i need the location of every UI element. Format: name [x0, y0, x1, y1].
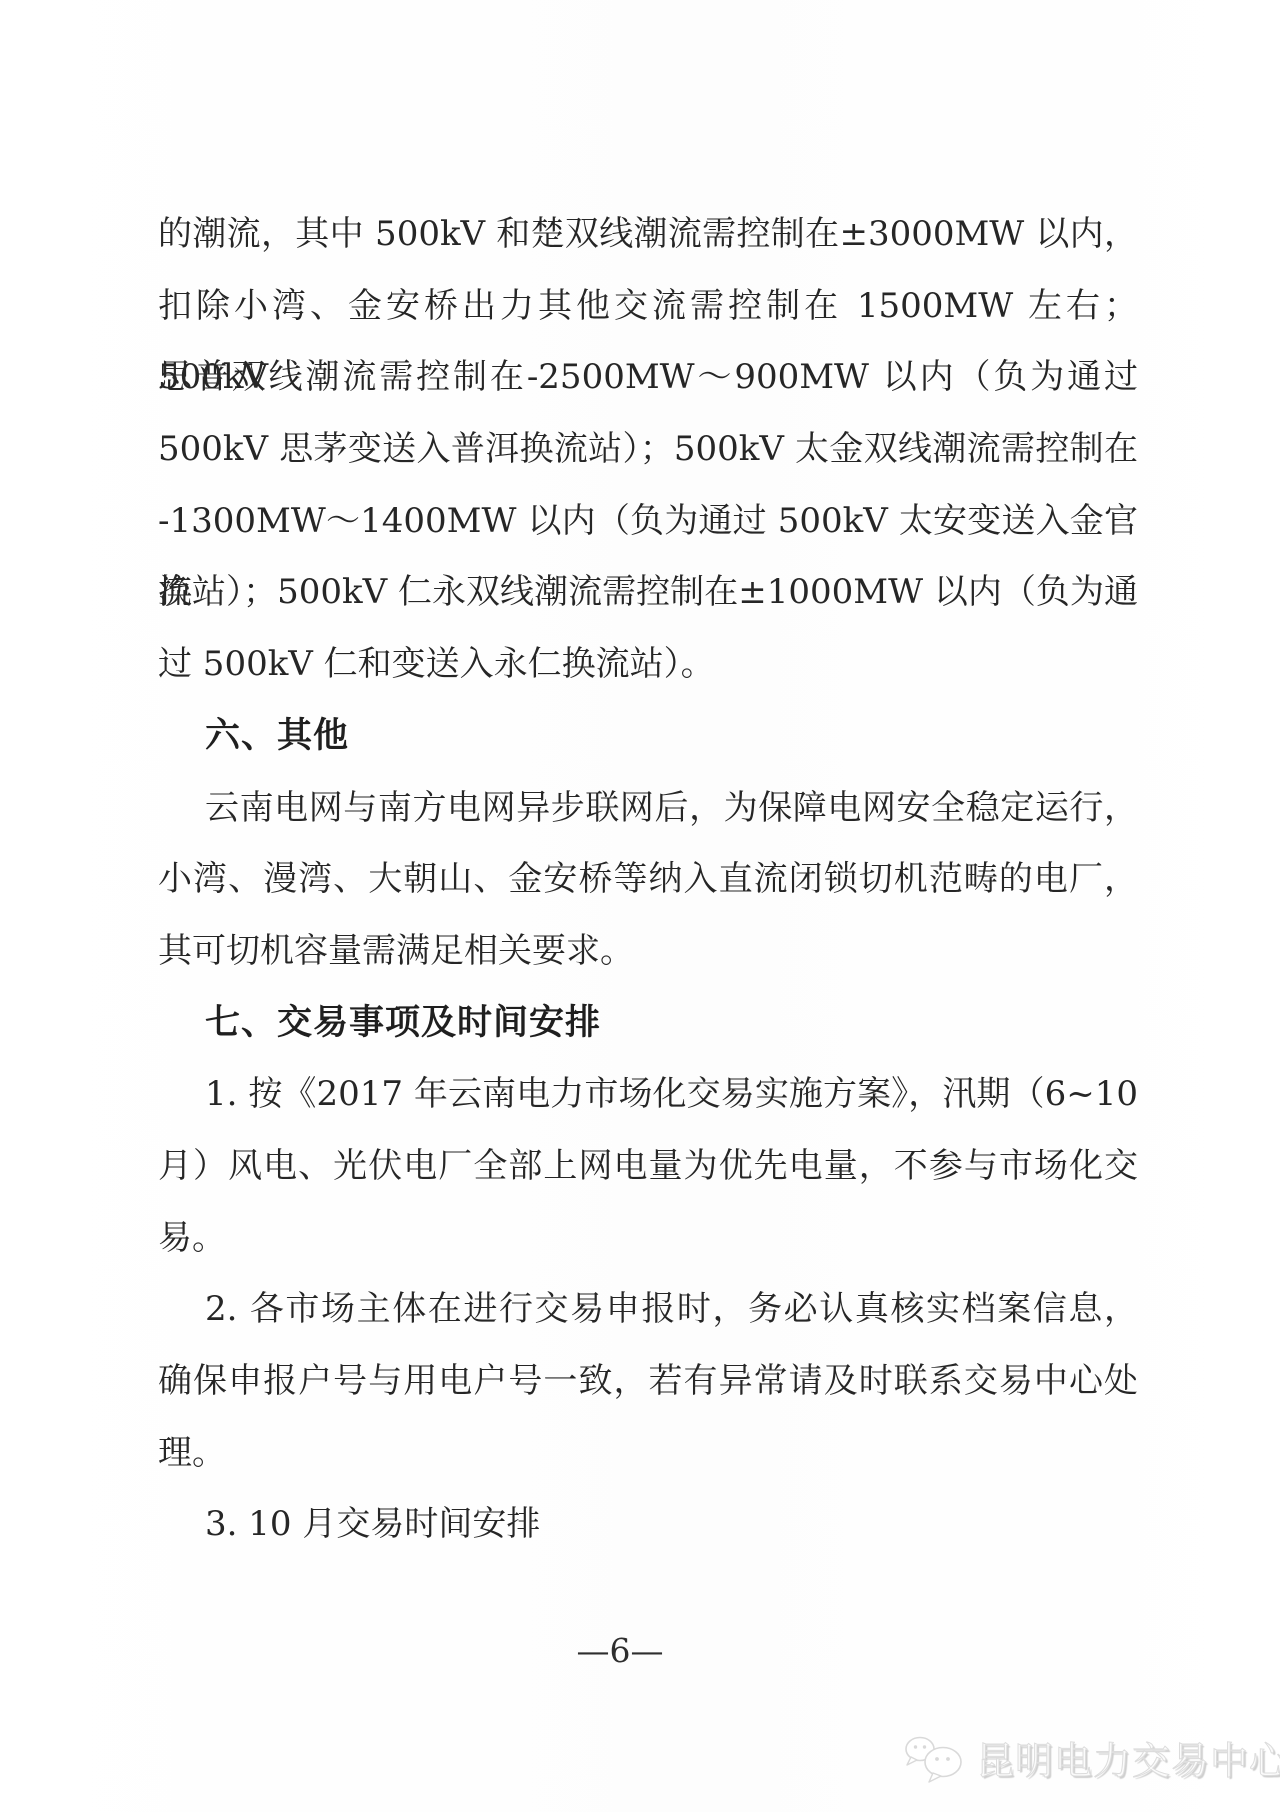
- text-line: 其可切机容量需满足相关要求。: [158, 916, 1138, 988]
- text-block: 的潮流，其中 500kV 和楚双线潮流需控制在±3000MW 以内，扣除小湾、金…: [158, 199, 1138, 1561]
- watermark: 昆明电力交易中心: [903, 1736, 1280, 1786]
- text-line: 流站）；500kV 仁永双线潮流需控制在±1000MW 以内（负为通: [158, 557, 1138, 629]
- text-line: 思普双线潮流需控制在-2500MW～900MW 以内（负为通过: [158, 342, 1138, 414]
- text-line: 的潮流，其中 500kV 和楚双线潮流需控制在±3000MW 以内，: [158, 199, 1138, 271]
- text-line: 1. 按《2017 年云南电力市场化交易实施方案》，汛期（6~10: [158, 1059, 1138, 1131]
- text-line: -1300MW～1400MW 以内（负为通过 500kV 太安变送入金官换: [158, 486, 1138, 558]
- text-line: 小湾、漫湾、大朝山、金安桥等纳入直流闭锁切机范畴的电厂，: [158, 844, 1138, 916]
- watermark-label: 昆明电力交易中心: [976, 1737, 1280, 1785]
- text-line: 易。: [158, 1203, 1138, 1275]
- text-line: 500kV 思茅变送入普洱换流站）；500kV 太金双线潮流需控制在: [158, 414, 1138, 486]
- wechat-icon: [903, 1736, 967, 1786]
- text-line: 3. 10 月交易时间安排: [158, 1489, 1138, 1561]
- text-line: 扣除小湾、金安桥出力其他交流需控制在 1500MW 左右；500kV: [158, 271, 1138, 343]
- text-line: 过 500kV 仁和变送入永仁换流站）。: [158, 629, 1138, 701]
- section-heading: 六、其他: [158, 701, 1138, 773]
- text-line: 云南电网与南方电网异步联网后，为保障电网安全稳定运行，: [158, 773, 1138, 845]
- text-line: 月）风电、光伏电厂全部上网电量为优先电量，不参与市场化交: [158, 1131, 1138, 1203]
- document-page: 的潮流，其中 500kV 和楚双线潮流需控制在±3000MW 以内，扣除小湾、金…: [0, 0, 1280, 1812]
- section-heading: 七、交易事项及时间安排: [158, 988, 1138, 1060]
- page-number: —6—: [0, 1633, 1240, 1669]
- text-line: 2. 各市场主体在进行交易申报时，务必认真核实档案信息，: [158, 1274, 1138, 1346]
- text-line: 确保申报户号与用电户号一致，若有异常请及时联系交易中心处: [158, 1346, 1138, 1418]
- text-line: 理。: [158, 1418, 1138, 1490]
